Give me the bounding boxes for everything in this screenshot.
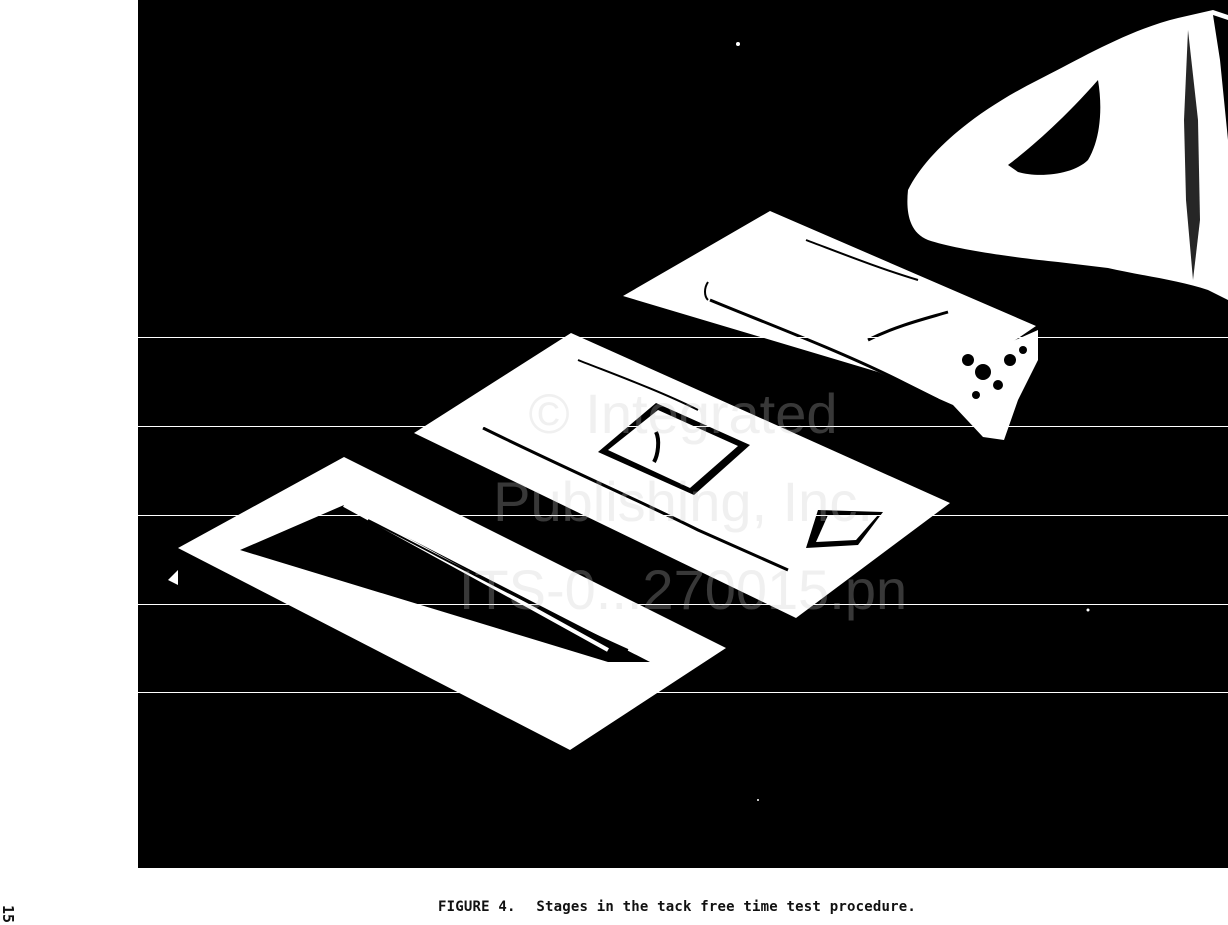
figure-caption: FIGURE 4. Stages in the tack free time t…: [438, 899, 916, 915]
figure-photo: © Integrated Publishing, Inc. ITS-0...27…: [138, 0, 1228, 868]
scan-line: [138, 515, 1228, 516]
scan-line: [138, 692, 1228, 693]
scan-line: [138, 426, 1228, 427]
hand-shape: [907, 10, 1228, 300]
photo-illustration: [138, 0, 1228, 868]
scan-line: [138, 337, 1228, 338]
figure-caption-text: Stages in the tack free time test proced…: [536, 899, 916, 915]
scan-line: [138, 604, 1228, 605]
page-number: 15: [0, 904, 17, 924]
figure-label: FIGURE 4.: [438, 899, 516, 915]
